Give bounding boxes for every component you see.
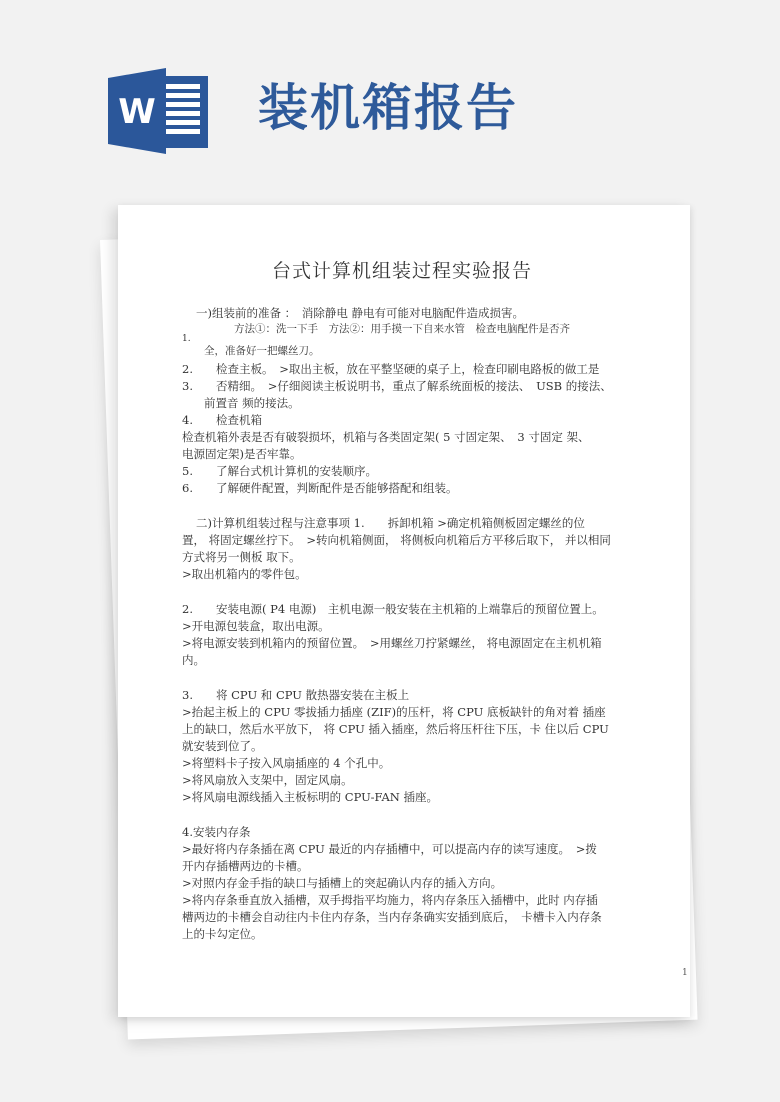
paragraph-step-3: 3. 否精细。 >仔细阅读主板说明书，重点了解系统面板的接法、 USB 的接法、 xyxy=(182,378,622,396)
paragraph-step-4-body-cont: 电源固定架)是否牢靠。 xyxy=(182,446,622,464)
paragraph-prep-intro: 一)组装前的准备 ： 消除静电 静电有可能对电脑配件造成损害。 xyxy=(182,305,636,323)
paragraph-ram-insert-cont2: 上的卡勾定位。 xyxy=(182,926,622,944)
paragraph-step-2: 2. 检查主板。 >取出主板，放在平整坚硬的桌子上，检查印刷电路板的做工是 xyxy=(182,361,622,379)
paragraph-step-4: 4. 检查机箱 xyxy=(182,412,622,430)
paragraph-parts-bag: >取出机箱内的零件包。 xyxy=(182,566,622,584)
paragraph-ram-slot: >最好将内存条插在离 CPU 最近的内存插槽中，可以提高内存的读写速度。 >拨 xyxy=(182,841,622,859)
paragraph-fan-clips: >将塑料卡子按入风扇插座的 4 个孔中。 xyxy=(182,755,622,773)
paragraph-psu-install: >将电源安装到机箱内的预留位置。 >用螺丝刀拧紧螺丝， 将电源固定在主机机箱 xyxy=(182,635,622,653)
paragraph-prep-screwdriver: 全，准备好一把螺丝刀。 xyxy=(182,343,644,361)
paragraph-ram-notch: >对照内存金手指的缺口与插槽上的突起确认内存的插入方向。 xyxy=(182,875,622,893)
paragraph-section-2-cont: 置， 将固定螺丝拧下。 >转向机箱侧面， 将侧板向机箱后方平移后取下， 并以相同 xyxy=(182,532,622,550)
paragraph-ram-heading: 4.安装内存条 xyxy=(182,824,622,842)
paragraph-fan-power: >将风扇电源线插入主板标明的 CPU-FAN 插座。 xyxy=(182,789,622,807)
paragraph-cpu-zif: >抬起主板上的 CPU 零拔插力插座 (ZIF)的压杆，将 CPU 底板缺针的角… xyxy=(182,704,622,722)
paragraph-ram-insert: >将内存条垂直放入插槽，双手拇指平均施力，将内存条压入插槽中，此时 内存插 xyxy=(182,892,622,910)
banner-title: 装机箱报告 xyxy=(258,76,518,140)
paragraph-ram-slot-cont: 开内存插槽两边的卡槽。 xyxy=(182,858,622,876)
svg-text:W: W xyxy=(118,92,156,132)
paragraph-cpu-heading: 3. 将 CPU 和 CPU 散热器安装在主板上 xyxy=(182,687,622,705)
word-document-icon: W xyxy=(108,68,208,154)
paragraph-step-5: 5. 了解台式机计算机的安装顺序。 xyxy=(182,463,622,481)
paragraph-psu-heading: 2. 安装电源( P4 电源) 主机电源一般安装在主机箱的上端靠后的预留位置上。 xyxy=(182,601,622,619)
paragraph-ram-insert-cont: 槽两边的卡槽会自动往内卡住内存条，当内存条确实安插到底后， 卡槽卡入内存条 xyxy=(182,909,622,927)
paragraph-cpu-zif-cont2: 就安装到位了。 xyxy=(182,738,622,756)
paragraph-section-2-cont2: 方式将另一侧板 取下。 xyxy=(182,549,622,567)
paragraph-step-3-cont: 前置音 频的接法。 xyxy=(182,395,644,413)
page-number: 1 xyxy=(682,965,688,983)
paragraph-fan-bracket: >将风扇放入支架中，固定风扇。 xyxy=(182,772,622,790)
paragraph-psu-open: >开电源包装盒，取出电源。 xyxy=(182,618,622,636)
document-page: 台式计算机组装过程实验报告 一)组装前的准备 ： 消除静电 静电有可能对电脑配件… xyxy=(118,205,690,1017)
document-title: 台式计算机组装过程实验报告 xyxy=(182,263,622,281)
paragraph-cpu-zif-cont: 上的缺口，然后水平放下， 将 CPU 插入插座，然后将压杆往下压，卡 住以后 C… xyxy=(182,721,622,739)
paragraph-psu-install-cont: 内。 xyxy=(182,652,622,670)
paragraph-section-2: 二)计算机组装过程与注意事项 1. 拆卸机箱 >确定机箱侧板固定螺丝的位 xyxy=(182,515,636,533)
paragraph-step-4-body: 检查机箱外表是否有破裂损坏，机箱与各类固定架( 5 寸固定架、 3 寸固定 架、 xyxy=(182,429,622,447)
paragraph-step-6: 6. 了解硬件配置，判断配件是否能够搭配和组装。 xyxy=(182,480,622,498)
